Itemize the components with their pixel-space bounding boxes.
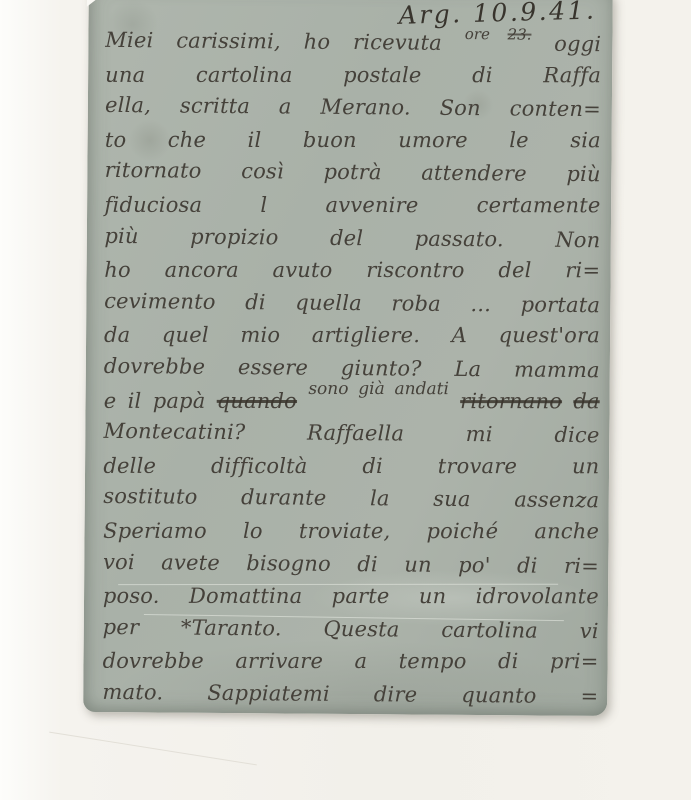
handwriting-line: Miei carissimi, ho ricevuta ore 23. oggi <box>105 24 601 61</box>
handwriting-line: mato. Sappiatemi dire quanto = <box>102 676 598 713</box>
struck-word: ritornano <box>460 389 562 413</box>
clipped-corner <box>87 0 121 7</box>
handwriting-line: dovrebbe arrivare a tempo di pri= <box>103 645 599 678</box>
struck-word: quando <box>217 388 297 412</box>
postcard: Arg. 10.9.41. Miei carissimi, ho ricevut… <box>83 0 613 716</box>
handwriting-line: delle difficoltà di trovare un <box>103 450 599 483</box>
struck-word: da <box>573 389 599 413</box>
handwriting-line-with-corrections: e il papà quando sono già andati ritorna… <box>104 384 600 417</box>
handwriting-line: ho ancora avuto riscontro del ri= <box>104 254 600 287</box>
interline-insertion: ore 23. <box>465 25 532 44</box>
insertion-word: ore <box>465 25 490 43</box>
handwriting-line: ritornato così potrà attendere più <box>105 154 601 191</box>
handwriting-line: sostituto durante la sua assenza <box>103 480 599 517</box>
handwriting-line: poso. Domattina parte un idrovolante <box>103 580 599 613</box>
handwriting-line: Speriamo lo troviate, poiché anche <box>103 515 599 548</box>
handwriting-line: più propizio del passato. Non <box>104 219 600 256</box>
handwriting-line: da quel mio artigliere. A quest'ora <box>104 319 600 352</box>
line-text: oggi <box>554 32 601 56</box>
handwriting-line: per *Taranto. Questa cartolina vi <box>103 611 599 648</box>
interline-insertion: sono già andati <box>308 379 449 399</box>
handwriting-line: cevimento di quella roba ... portata <box>104 285 600 322</box>
scanner-scratch-mark <box>49 732 257 766</box>
handwriting-line: to che il buon umore le sia <box>105 124 601 157</box>
handwriting-line: fiduciosa l avvenire certamente <box>105 189 601 222</box>
scanned-page: { "postcard": { "colors": { "paper": "#a… <box>0 0 691 800</box>
handwriting-line: Montecatini? Raffaella mi dice <box>103 415 599 452</box>
line-text: e il papà <box>104 388 206 412</box>
handwriting-line: una cartolina postale di Raffa <box>105 58 601 91</box>
handwriting-line: voi avete bisogno di un po' di ri= <box>103 545 599 582</box>
handwriting-line: ella, scritta a Merano. Son conten= <box>105 89 601 126</box>
line-text: Miei carissimi, ho ricevuta <box>105 28 442 55</box>
corrected-number: 23. <box>508 25 532 43</box>
handwritten-text: Miei carissimi, ho ricevuta ore 23. oggi… <box>102 25 601 712</box>
